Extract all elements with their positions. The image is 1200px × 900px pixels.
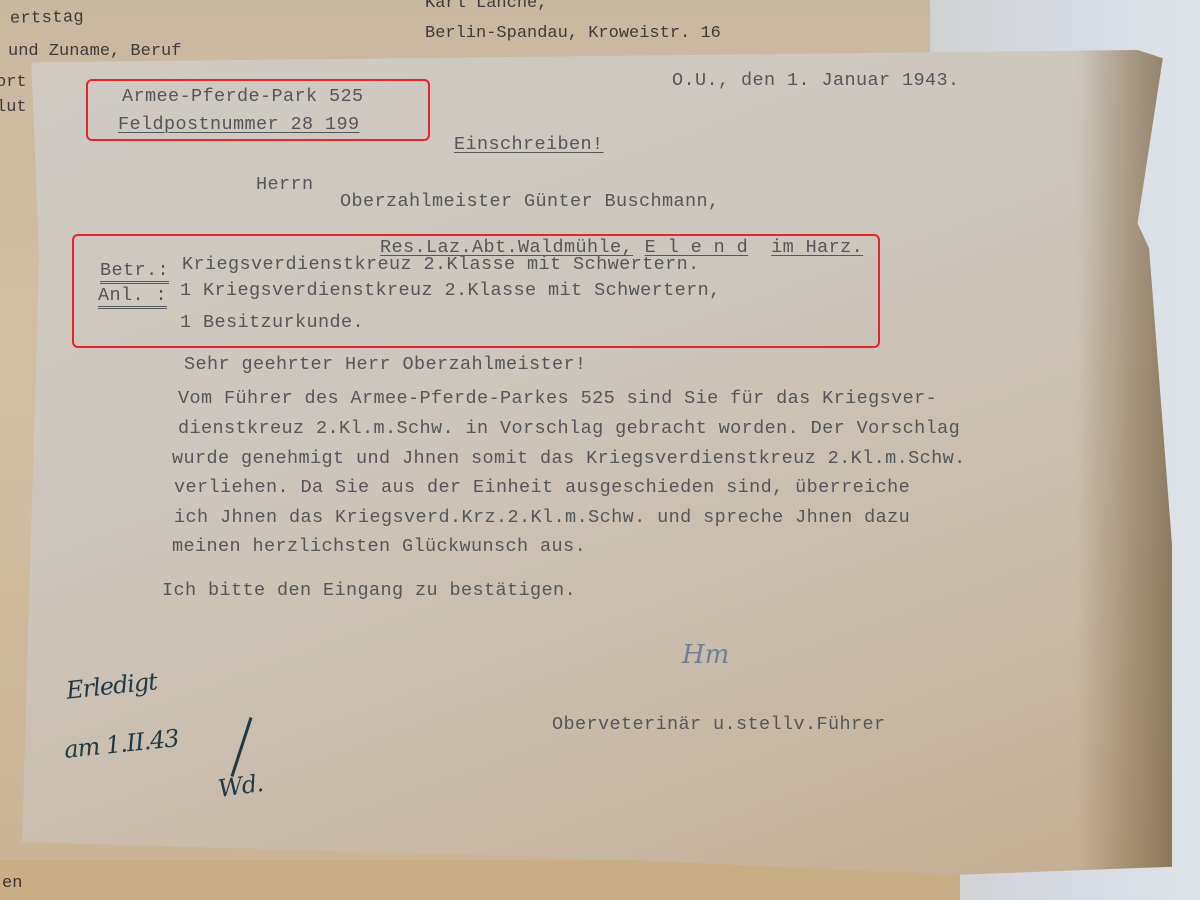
closing-line: Ich bitte den Eingang zu bestätigen. bbox=[162, 580, 576, 601]
letter-sheet: Armee-Pferde-Park 525 Feldpostnummer 28 … bbox=[22, 50, 1172, 875]
body-line: verliehen. Da Sie aus der Einheit ausges… bbox=[174, 477, 910, 498]
handwritten-initials: Wd. bbox=[216, 769, 264, 803]
handwritten-note-line1: Erledigt bbox=[65, 667, 158, 704]
background-left-line: und Zuname, Beruf bbox=[8, 42, 181, 61]
registered-mail-label: Einschreiben! bbox=[454, 134, 604, 155]
body-line: dienstkreuz 2.Kl.m.Schw. in Vorschlag ge… bbox=[178, 418, 960, 439]
handwritten-note-line2: am 1.II.43 bbox=[63, 724, 180, 764]
background-right-line: Berlin-Spandau, Kroweistr. 16 bbox=[425, 24, 721, 43]
background-left-line: lut bbox=[0, 98, 27, 117]
recipient-name: Oberzahlmeister Günter Buschmann, bbox=[340, 191, 720, 212]
background-bottom-fragment: en bbox=[2, 874, 22, 893]
body-line: Vom Führer des Armee-Pferde-Parkes 525 s… bbox=[178, 388, 937, 409]
background-right-line: Karl Lanche, bbox=[425, 0, 547, 13]
highlight-box-subject bbox=[72, 234, 880, 348]
signatory-title: Oberveterinär u.stellv.Führer bbox=[552, 714, 886, 735]
place-date: O.U., den 1. Januar 1943. bbox=[672, 70, 960, 91]
highlight-box-sender bbox=[86, 79, 430, 141]
body-line: meinen herzlichsten Glückwunsch aus. bbox=[172, 536, 586, 557]
greeting: Sehr geehrter Herr Oberzahlmeister! bbox=[184, 354, 587, 375]
background-top-line: ertstag bbox=[10, 5, 85, 32]
recipient-prefix: Herrn bbox=[256, 174, 314, 195]
handwritten-stroke bbox=[230, 717, 252, 777]
signature-scribble: Hm bbox=[682, 640, 729, 670]
body-line: wurde genehmigt und Jhnen somit das Krie… bbox=[172, 448, 966, 469]
background-left-line: ort bbox=[0, 73, 27, 92]
body-line: ich Jhnen das Kriegsverd.Krz.2.Kl.m.Schw… bbox=[174, 507, 910, 528]
